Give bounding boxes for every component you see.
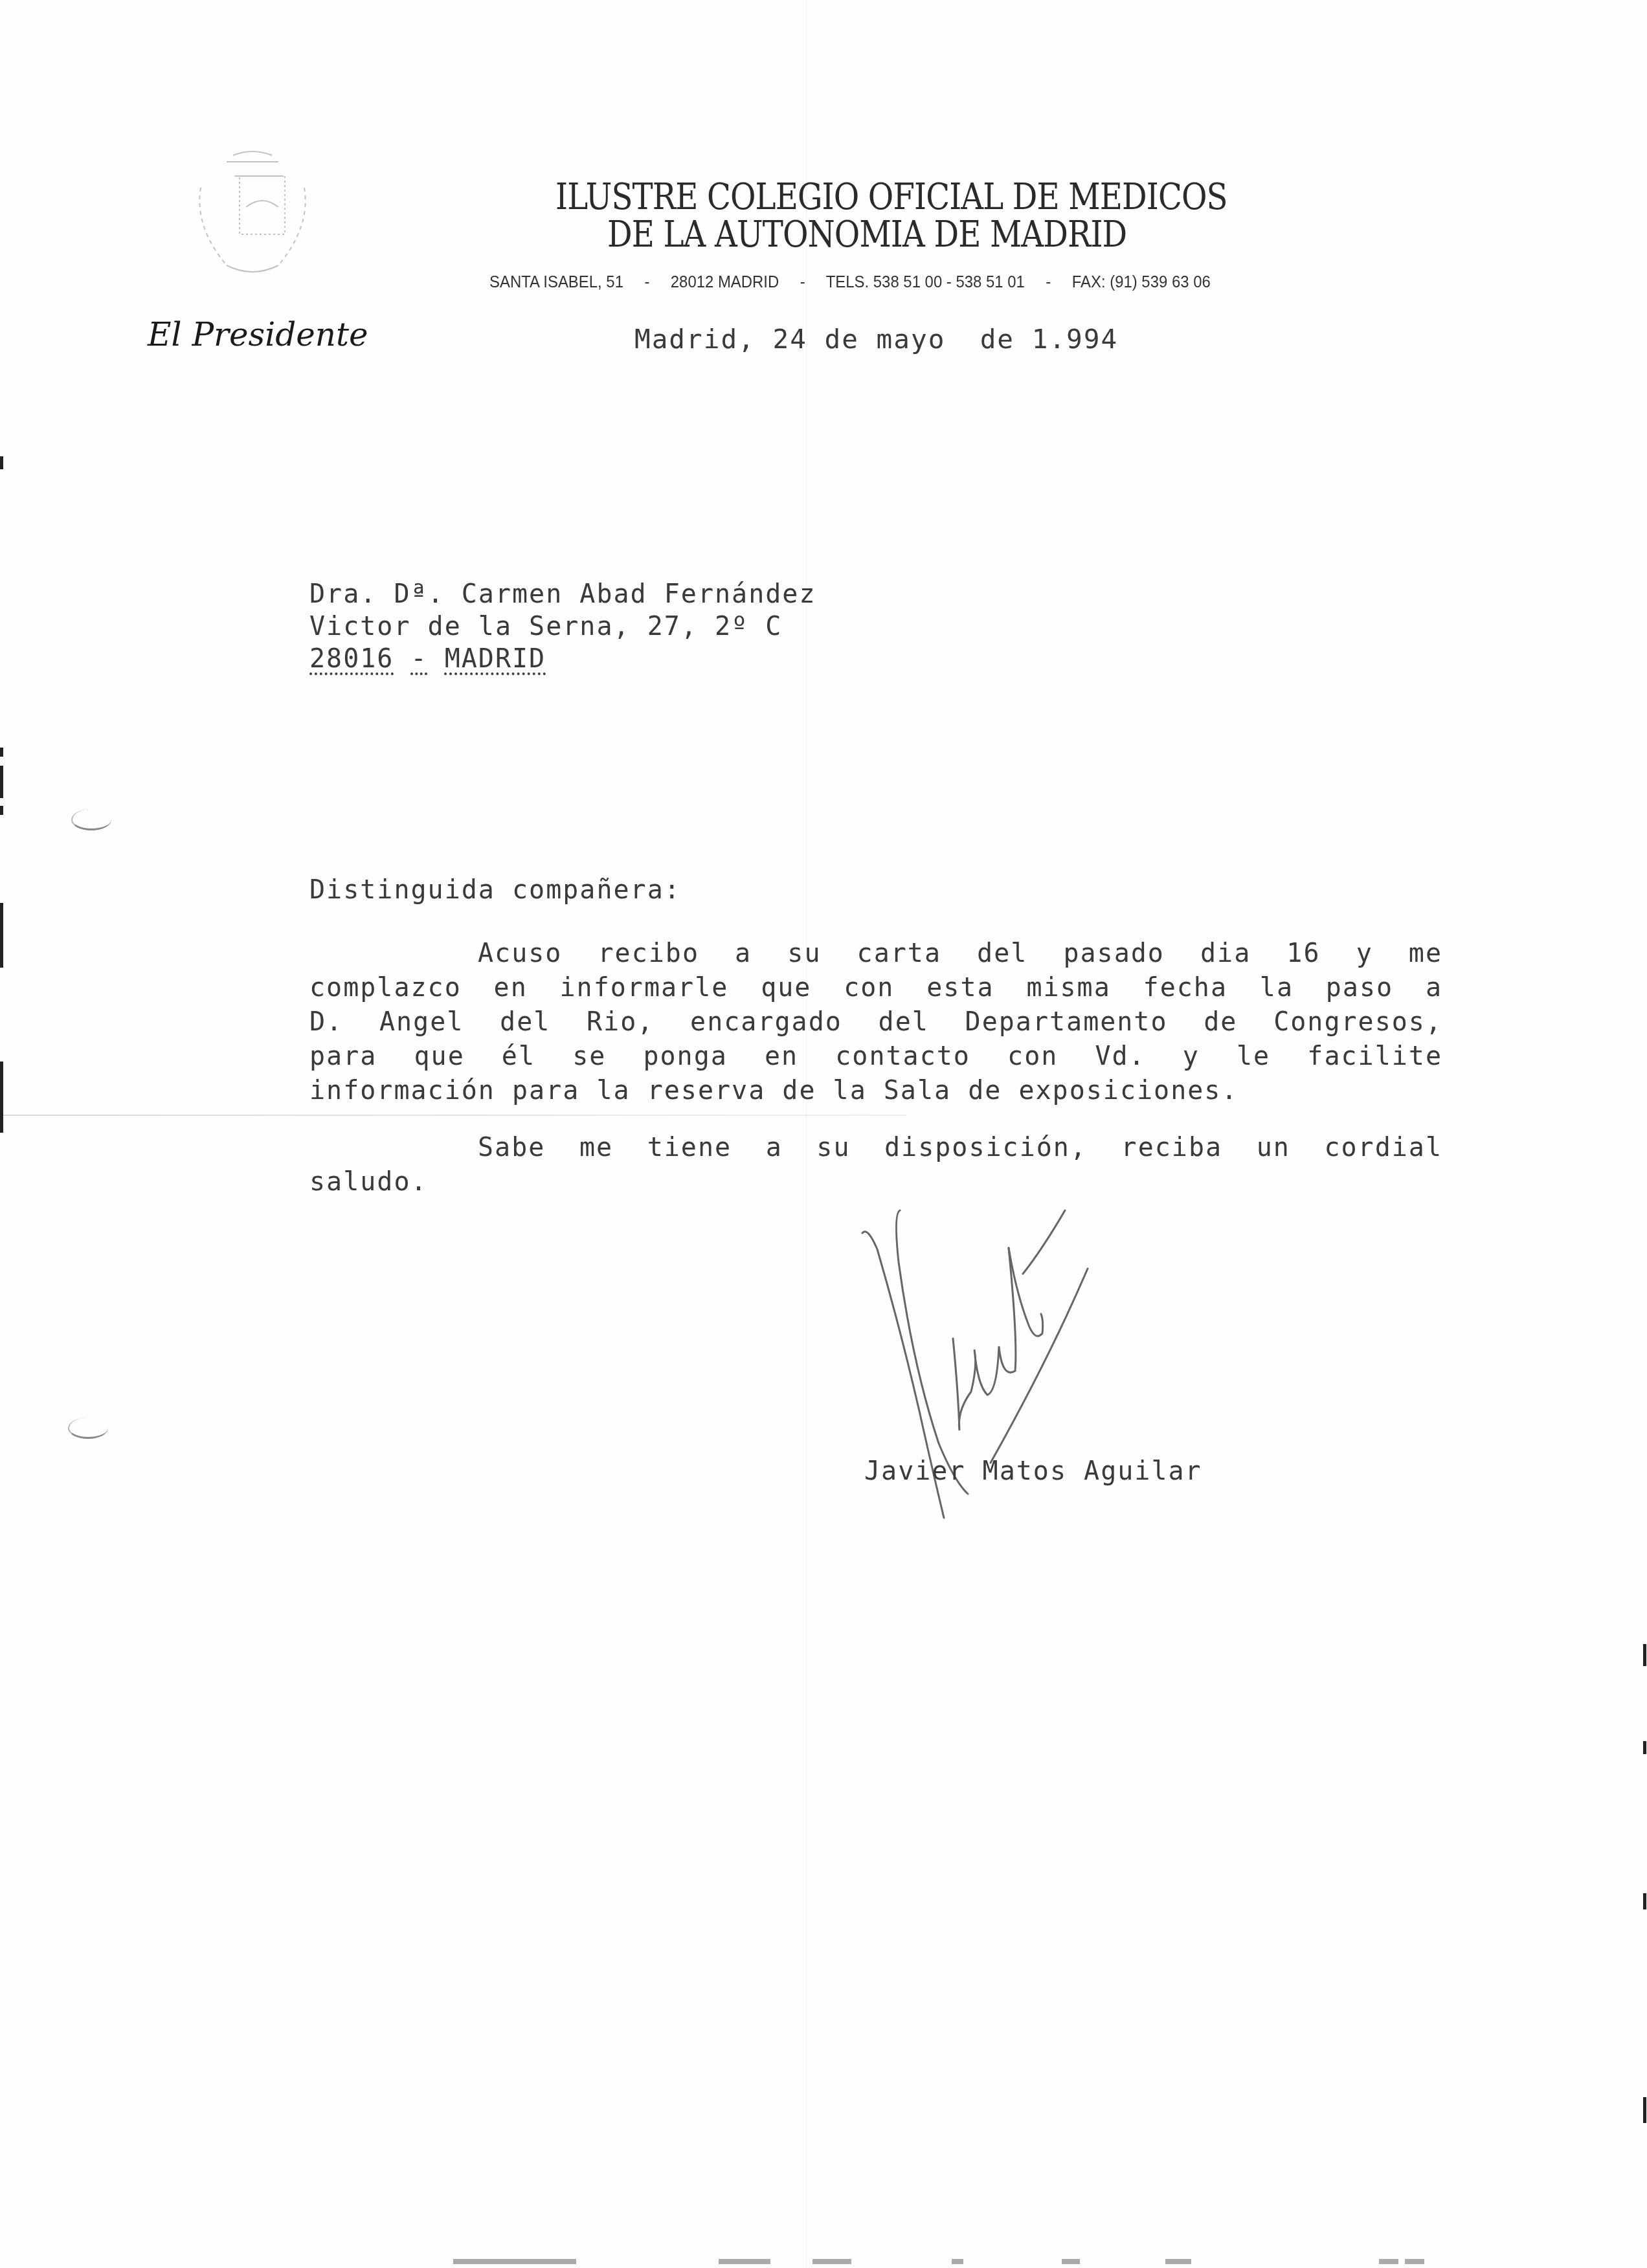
signature-icon <box>842 1197 1295 1573</box>
greeting: Distinguida compañera: <box>309 875 681 905</box>
scan-edge-mark <box>0 1062 3 1133</box>
body-line: Acuso recibo a su carta del pasado dia 1… <box>309 939 1442 968</box>
recipient-dash: - <box>411 644 428 674</box>
recipient-city-line: 28016 - MADRID <box>309 644 546 674</box>
letter-date: Madrid, 24 de mayo de 1.994 <box>634 324 1118 355</box>
scan-edge-mark <box>1643 1893 1646 1909</box>
contact-separator: - <box>800 272 805 291</box>
contact-separator: - <box>644 272 649 291</box>
sender-title: El Presidente <box>148 316 368 353</box>
scan-bottom-mark <box>1405 2259 1424 2264</box>
scan-bottom-mark <box>1165 2259 1191 2264</box>
punch-hole-mark <box>68 1417 108 1439</box>
scan-edge-mark <box>1643 1644 1646 1666</box>
closing-line: saludo. <box>309 1167 428 1197</box>
body-line: complazco en informarle que con esta mis… <box>309 973 1442 1003</box>
recipient-street: Victor de la Serna, 27, 2º C <box>309 612 782 641</box>
scan-edge-mark <box>0 766 3 798</box>
fold-crease <box>0 1115 906 1116</box>
recipient-postcode: 28016 <box>309 644 394 674</box>
contact-phones: TELS. 538 51 00 - 538 51 01 <box>826 272 1025 291</box>
scan-edge-mark <box>0 903 3 968</box>
coat-of-arms-icon <box>175 136 330 291</box>
scan-bottom-mark <box>812 2259 851 2264</box>
punch-hole-mark <box>71 809 111 830</box>
scan-bottom-mark <box>1379 2259 1398 2264</box>
organization-name-line1: ILUSTRE COLEGIO OFICIAL DE MEDICOS <box>555 176 1227 218</box>
recipient-name: Dra. Dª. Carmen Abad Fernández <box>309 579 816 609</box>
scan-edge-mark <box>0 748 3 757</box>
scan-edge-mark <box>1643 1741 1646 1754</box>
contact-city: 28012 MADRID <box>671 272 779 291</box>
body-line: para que él se ponga en contacto con Vd.… <box>309 1041 1442 1071</box>
scan-edge-mark <box>0 806 3 815</box>
contact-fax: FAX: (91) 539 63 06 <box>1072 272 1211 291</box>
scan-bottom-mark <box>952 2259 963 2264</box>
contact-line: SANTA ISABEL, 51 - 28012 MADRID - TELS. … <box>489 272 1227 292</box>
letter-page: ILUSTRE COLEGIO OFICIAL DE MEDICOS DE LA… <box>0 0 1647 2268</box>
recipient-city: MADRID <box>445 644 546 674</box>
signer-name: Javier Matos Aguilar <box>864 1456 1202 1486</box>
scan-bottom-mark <box>453 2259 576 2264</box>
organization-name-line2: DE LA AUTONOMIA DE MADRID <box>607 214 1126 256</box>
contact-address: SANTA ISABEL, 51 <box>489 272 623 291</box>
body-line: D. Angel del Rio, encargado del Departam… <box>309 1007 1442 1037</box>
body-line: información para la reserva de la Sala d… <box>309 1076 1442 1106</box>
scan-bottom-mark <box>1062 2259 1080 2264</box>
contact-separator: - <box>1046 272 1051 291</box>
scan-edge-mark <box>0 456 3 469</box>
closing-line: Sabe me tiene a su disposición, reciba u… <box>309 1133 1442 1162</box>
scan-bottom-mark <box>719 2259 770 2264</box>
scan-edge-mark <box>1643 2097 1646 2123</box>
